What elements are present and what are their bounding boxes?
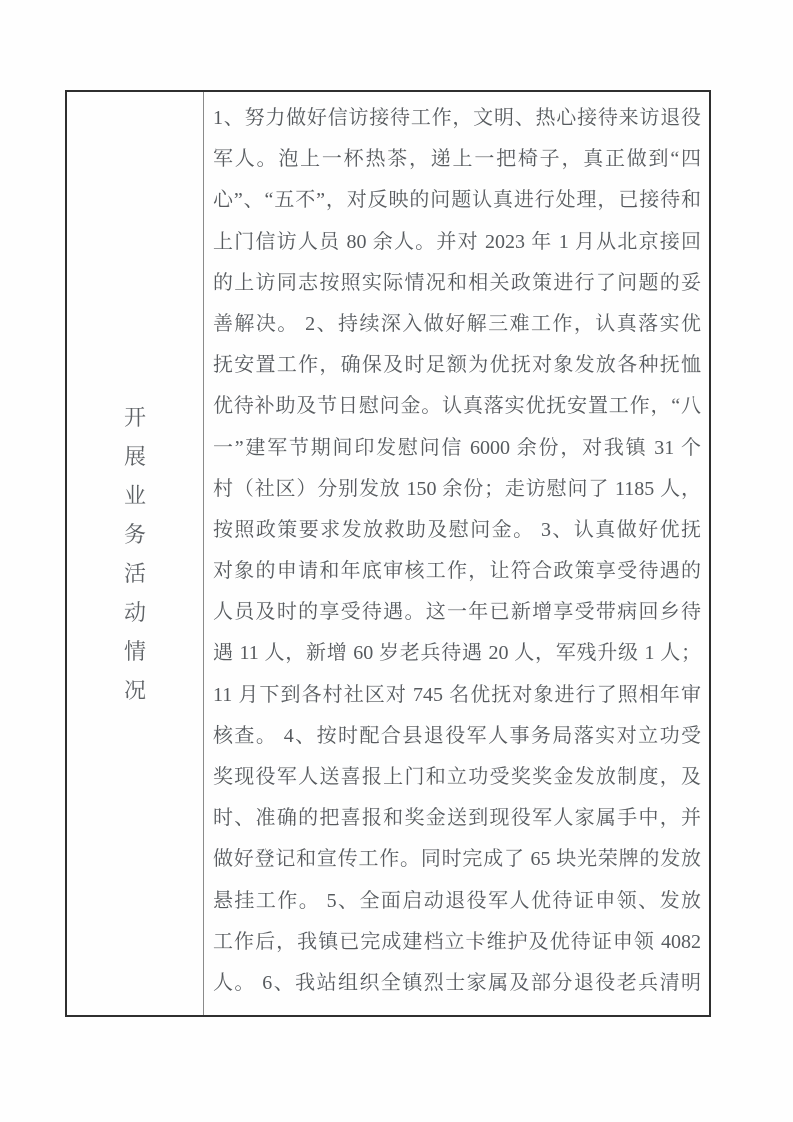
content-text-line: 遇 11 人，新增 60 岁老兵待遇 20 人，军残升级 1 人；	[213, 633, 701, 674]
report-table: 开 展 业 务 活 动 情 况 1、努力做好信访接待工作，文明、热心接待来访退役…	[65, 90, 711, 1017]
content-text-line: 人员及时的享受待遇。这一年已新增享受带病回乡待	[213, 592, 701, 633]
row-header-char: 务	[124, 515, 146, 554]
content-text-line: 一”建军节期间印发慰问信 6000 余份，对我镇 31 个	[213, 428, 701, 469]
content-text-line: 核查。 4、按时配合县退役军人事务局落实对立功受	[213, 716, 701, 757]
content-text-line: 按照政策要求发放救助及慰问金。 3、认真做好优抚	[213, 510, 701, 551]
content-text-line: 上门信访人员 80 余人。并对 2023 年 1 月从北京接回	[213, 222, 701, 263]
row-header-char: 情	[124, 632, 146, 671]
content-text-line: 悬挂工作。 5、全面启动退役军人优待证申领、发放	[213, 881, 701, 922]
row-header-char: 开	[124, 398, 146, 437]
content-text-line: 村（社区）分别发放 150 余份；走访慰问了 1185 人，	[213, 469, 701, 510]
row-header-char: 活	[124, 554, 146, 593]
content-text-line: 奖现役军人送喜报上门和立功受奖奖金发放制度，及	[213, 757, 701, 798]
row-header-char: 动	[124, 593, 146, 632]
content-text-line: 军人。泡上一杯热茶，递上一把椅子，真正做到“四	[213, 139, 701, 180]
content-text-line: 抚安置工作，确保及时足额为优抚对象发放各种抚恤	[213, 345, 701, 386]
content-text-line: 做好登记和宣传工作。同时完成了 65 块光荣牌的发放	[213, 839, 701, 880]
content-text-line: 对象的申请和年底审核工作，让符合政策享受待遇的	[213, 551, 701, 592]
content-text-line: 时、准确的把喜报和奖金送到现役军人家属手中，并	[213, 798, 701, 839]
scanned-document-page: 开 展 业 务 活 动 情 况 1、努力做好信访接待工作，文明、热心接待来访退役…	[0, 0, 793, 1122]
content-text-line: 11 月下到各村社区对 745 名优抚对象进行了照相年审	[213, 675, 701, 716]
row-header-char: 况	[124, 671, 146, 710]
content-text-line: 1、努力做好信访接待工作，文明、热心接待来访退役	[213, 98, 701, 139]
content-text-line: 心”、“五不”，对反映的问题认真进行处理，已接待和	[213, 180, 701, 221]
content-text-line: 善解决。 2、持续深入做好解三难工作，认真落实优	[213, 304, 701, 345]
content-text-line: 人。 6、我站组织全镇烈士家属及部分退役老兵清明	[213, 963, 701, 1004]
row-header-char: 展	[124, 437, 146, 476]
row-header-char: 业	[124, 476, 146, 515]
activities-content-cell: 1、努力做好信访接待工作，文明、热心接待来访退役 军人。泡上一杯热茶，递上一把椅…	[204, 92, 709, 1015]
content-text-line: 的上访同志按照实际情况和相关政策进行了问题的妥	[213, 263, 701, 304]
row-header-business-activities: 开 展 业 务 活 动 情 况	[67, 92, 204, 1015]
content-text-line: 优待补助及节日慰问金。认真落实优抚安置工作，“八	[213, 386, 701, 427]
content-text-line: 工作后，我镇已完成建档立卡维护及优待证申领 4082	[213, 922, 701, 963]
